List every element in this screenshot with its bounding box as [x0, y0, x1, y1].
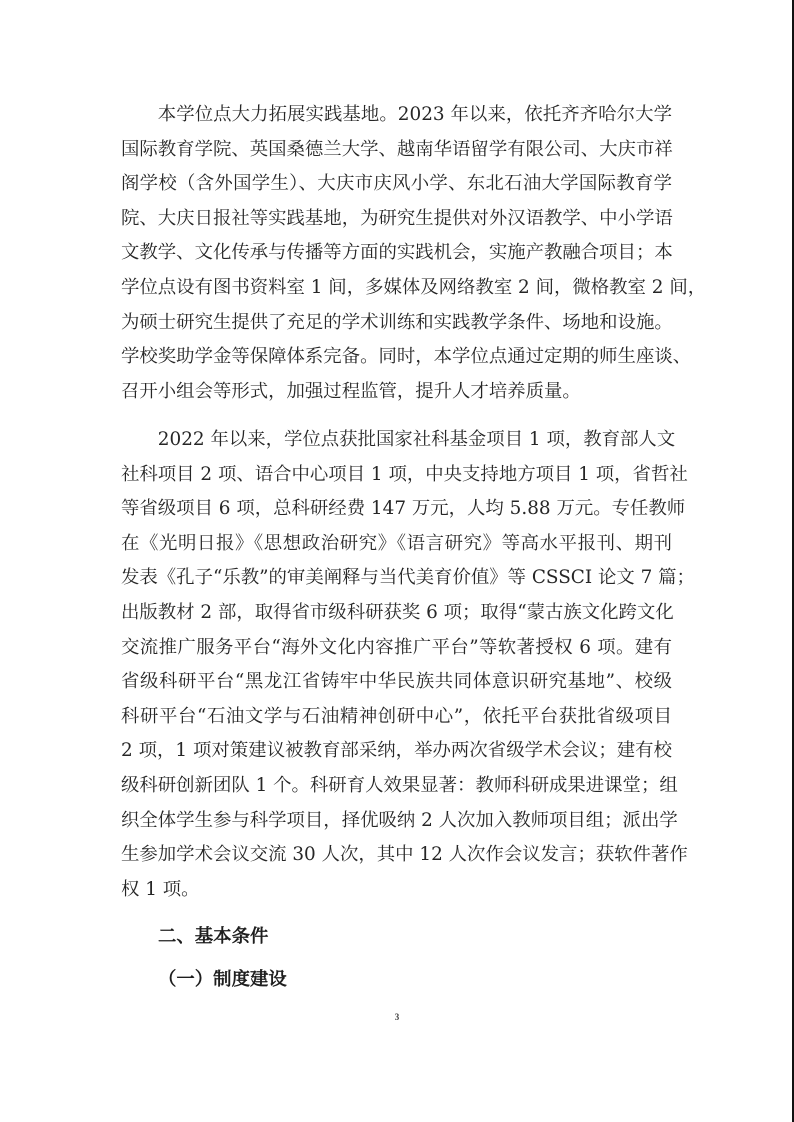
text-line: 级科研创新团队 1 个。科研育人效果显著：教师科研成果进课堂；组: [121, 769, 672, 804]
section-heading: 二、基本条件: [158, 922, 268, 952]
text-line: 省级科研平台“黑龙江省铸牢中华民族共同体意识研究基地”、校级: [121, 665, 672, 700]
text-line: 科研平台“石油文学与石油精神创研中心”，依托平台获批省级项目: [121, 700, 672, 735]
text-line: 文教学、文化传承与传播等方面的实践机会，实施产教融合项目；本: [121, 236, 672, 271]
text-line: 在《光明日报》《思想政治研究》《语言研究》等高水平报刊、期刊: [121, 527, 672, 562]
text-line: 召开小组会等形式，加强过程监管，提升人才培养质量。: [121, 375, 672, 410]
text-line: 织全体学生参与科学项目，择优吸纳 2 人次加入教师项目组；派出学: [121, 804, 672, 839]
text-line: 为硕士研究生提供了充足的学术训练和实践教学条件、场地和设施。: [121, 306, 672, 341]
paragraph-practice-bases: 本学位点大力拓展实践基地。2023 年以来，依托齐齐哈尔大学 国际教育学院、英国…: [121, 98, 672, 409]
text-line: 生参加学术会议交流 30 人次，其中 12 人次作会议发言；获软件著作: [121, 838, 672, 873]
page-number: 3: [390, 1012, 404, 1022]
text-line: 学校奖助学金等保障体系完备。同时，本学位点通过定期的师生座谈、: [121, 340, 672, 375]
text-line: 学位点设有图书资料室 1 间，多媒体及网络教室 2 间，微格教室 2 间，: [121, 271, 672, 306]
text-line: 权 1 项。: [121, 873, 672, 908]
document-page: 本学位点大力拓展实践基地。2023 年以来，依托齐齐哈尔大学 国际教育学院、英国…: [0, 0, 794, 1122]
paragraph-research-achievements: 2022 年以来，学位点获批国家社科基金项目 1 项，教育部人文 社科项目 2 …: [121, 423, 672, 907]
text-line: 国际教育学院、英国桑德兰大学、越南华语留学有限公司、大庆市祥: [121, 133, 672, 168]
text-line: 2 项，1 项对策建议被教育部采纳，举办两次省级学术会议；建有校: [121, 734, 672, 769]
text-line: 阁学校（含外国学生）、大庆市庆风小学、东北石油大学国际教育学: [121, 167, 672, 202]
text-line: 交流推广服务平台“海外文化内容推广平台”等软著授权 6 项。建有: [121, 631, 672, 666]
text-line: 院、大庆日报社等实践基地，为研究生提供对外汉语教学、中小学语: [121, 202, 672, 237]
text-line: 发表《孔子“乐教”的审美阐释与当代美育价值》等 CSSCI 论文 7 篇；: [121, 561, 672, 596]
text-line: 社科项目 2 项、语合中心项目 1 项，中央支持地方项目 1 项，省哲社: [121, 458, 672, 493]
text-line: 出版教材 2 部，取得省市级科研获奖 6 项；取得“蒙古族文化跨文化: [121, 596, 672, 631]
text-line: 等省级项目 6 项，总科研经费 147 万元，人均 5.88 万元。专任教师: [121, 492, 672, 527]
text-line: 本学位点大力拓展实践基地。2023 年以来，依托齐齐哈尔大学: [121, 98, 672, 133]
subsection-heading: （一）制度建设: [158, 965, 287, 995]
text-line: 2022 年以来，学位点获批国家社科基金项目 1 项，教育部人文: [121, 423, 672, 458]
